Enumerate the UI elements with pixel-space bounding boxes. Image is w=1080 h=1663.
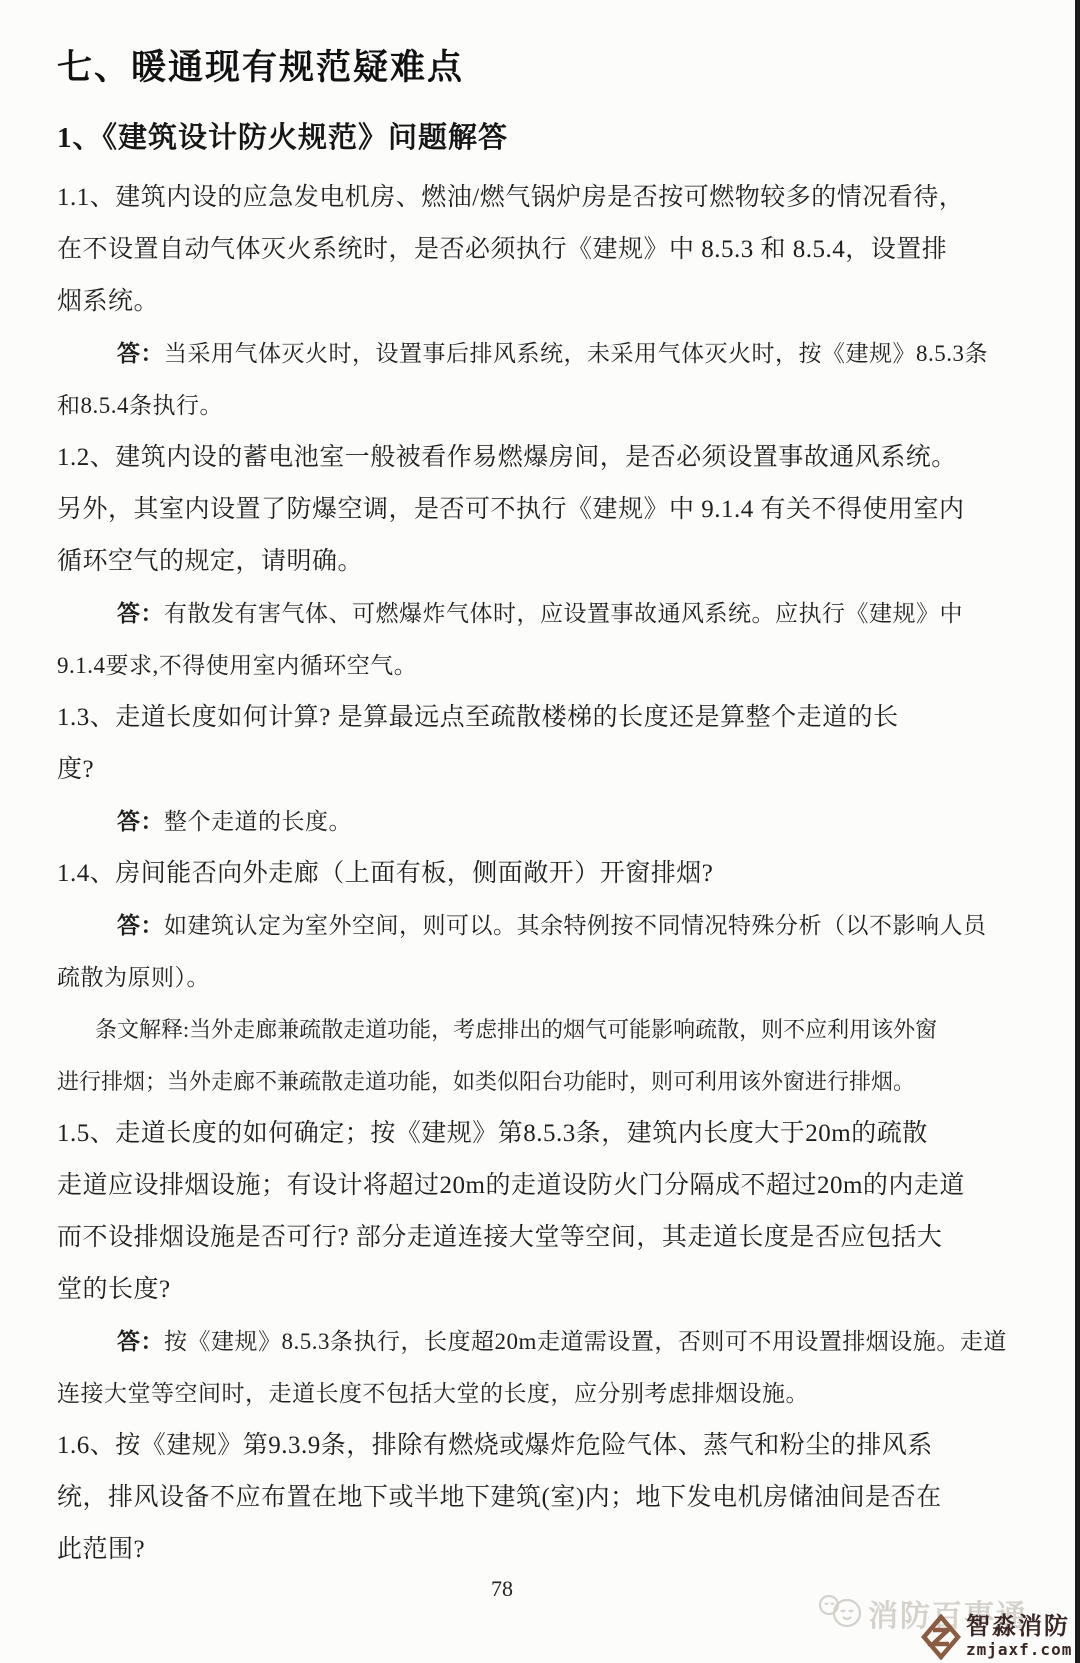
scan-edge-artifact <box>1075 0 1080 1663</box>
watermark-logo-name: 智淼消防 <box>966 1614 1072 1640</box>
answer-label: 答： <box>117 913 164 938</box>
watermark-logo: 智淼消防 zmjaxf.com <box>921 1614 1072 1663</box>
question-1-2: 1.2、建筑内设的蓄电池室一般被看作易燃爆房间，是否必须设置事故通风系统。 另外… <box>57 432 1038 588</box>
answer-text: 如建筑认定为室外空间，则可以。其余特例按不同情况特殊分析（以不影响人员 疏散为原… <box>57 913 987 990</box>
answer-1-1: 答：当采用气体灭火时，设置事后排风系统，未采用气体灭火时，按《建规》8.5.3条… <box>57 328 1038 432</box>
answer-text: 整个走道的长度。 <box>164 809 352 834</box>
question-1-4: 1.4、房间能否向外走廊（上面有板，侧面敞开）开窗排烟? <box>57 848 1038 900</box>
answer-1-3: 答：整个走道的长度。 <box>57 796 1038 848</box>
question-1-3: 1.3、走道长度如何计算? 是算最远点至疏散楼梯的长度还是算整个走道的长 度? <box>57 692 1038 796</box>
question-1-1: 1.1、建筑内设的应急发电机房、燃油/燃气锅炉房是否按可燃物较多的情况看待， 在… <box>57 172 1038 328</box>
chat-faces-icon <box>816 1590 864 1635</box>
section-heading: 1、《建筑设计防火规范》问题解答 <box>57 118 1038 158</box>
answer-label: 答： <box>117 1329 164 1354</box>
page-title: 七、暖通现有规范疑难点 <box>57 46 1038 90</box>
answer-label: 答： <box>117 809 164 834</box>
qa-body: 1.1、建筑内设的应急发电机房、燃油/燃气锅炉房是否按可燃物较多的情况看待， 在… <box>57 172 1038 1576</box>
question-1-6: 1.6、按《建规》第9.3.9条，排除有燃烧或爆炸危险气体、蒸气和粉尘的排风系 … <box>57 1420 1038 1576</box>
question-1-5: 1.5、走道长度的如何确定；按《建规》第8.5.3条，建筑内长度大于20m的疏散… <box>57 1108 1038 1316</box>
answer-text: 当采用气体灭火时，设置事后排风系统，未采用气体灭火时，按《建规》8.5.3条 和… <box>57 341 988 418</box>
answer-label: 答： <box>117 601 164 626</box>
answer-text: 有散发有害气体、可燃爆炸气体时，应设置事故通风系统。应执行《建规》中 9.1.4… <box>57 601 963 678</box>
answer-1-4: 答：如建筑认定为室外空间，则可以。其余特例按不同情况特殊分析（以不影响人员 疏散… <box>57 900 1038 1004</box>
answer-1-2: 答：有散发有害气体、可燃爆炸气体时，应设置事故通风系统。应执行《建规》中 9.1… <box>57 588 1038 692</box>
answer-label: 答： <box>117 341 164 366</box>
document-page: 七、暖通现有规范疑难点 1、《建筑设计防火规范》问题解答 1.1、建筑内设的应急… <box>0 0 1080 1663</box>
clause-note-1-4: 条文解释:当外走廊兼疏散走道功能，考虑排出的烟气可能影响疏散，则不应利用该外窗 … <box>57 1004 1038 1108</box>
answer-text: 按《建规》8.5.3条执行，长度超20m走道需设置，否则可不用设置排烟设施。走道… <box>57 1329 1007 1406</box>
diamond-z-logo-icon <box>921 1614 961 1663</box>
watermark-logo-site: zmjaxf.com <box>966 1640 1072 1659</box>
answer-1-5: 答：按《建规》8.5.3条执行，长度超20m走道需设置，否则可不用设置排烟设施。… <box>57 1316 1038 1420</box>
